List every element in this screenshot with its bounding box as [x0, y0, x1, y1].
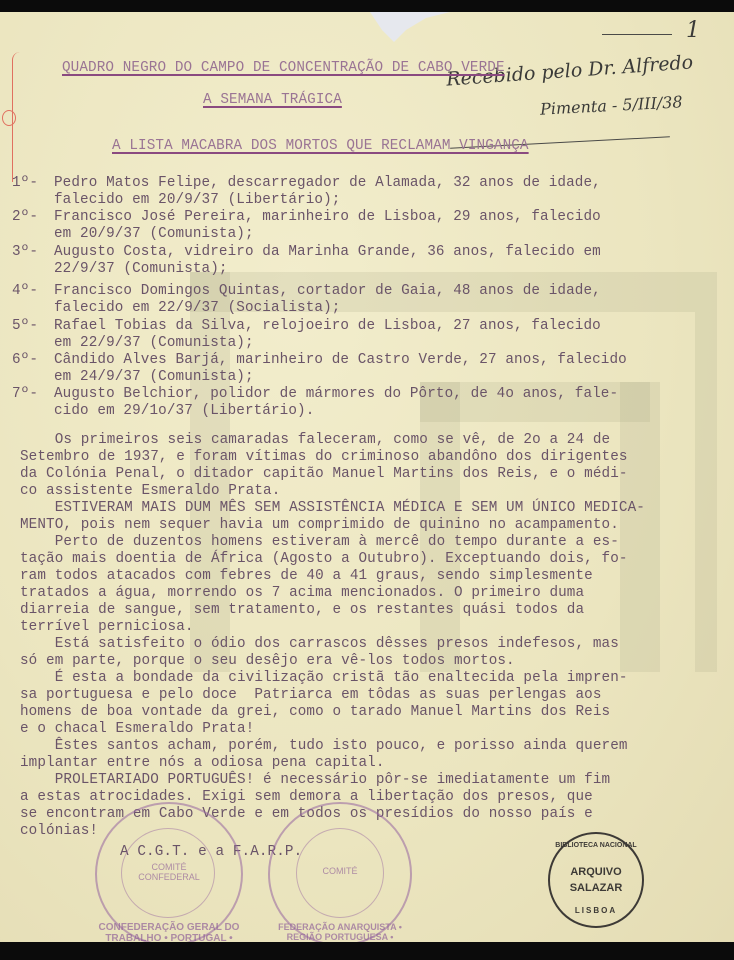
body-line: só em parte, porque o seu desêjo era vê-… [20, 653, 515, 669]
body-line: PROLETARIADO PORTUGUÊS! é necessário pôr… [20, 772, 610, 788]
handwritten-note-line2: Pimenta - 5/III/38 [540, 92, 683, 118]
list-item-number: 5º- [12, 318, 38, 334]
stamp-text: FEDERAÇÃO ANARQUISTA • REGIÃO PORTUGUESA… [270, 922, 410, 942]
list-item-number: 3º- [12, 244, 38, 260]
archive-stamp: BIBLIOTECA NACIONAL ARQUIVO SALAZAR LISB… [548, 832, 644, 928]
list-item-number: 1º- [12, 175, 38, 191]
list-item-number: 4º- [12, 283, 38, 299]
body-line: colónias! [20, 823, 98, 839]
list-item-text: 22/9/37 (Comunista); [54, 261, 228, 277]
body-line: implantar entre nós a odiosa pena capita… [20, 755, 385, 771]
body-line: a estas atrocidades. Exigi sem demora a … [20, 789, 593, 805]
list-item-text: Pedro Matos Felipe, descarregador de Ala… [54, 175, 601, 191]
farp-stamp: FEDERAÇÃO ANARQUISTA • REGIÃO PORTUGUESA… [268, 802, 412, 942]
list-item-text: Cândido Alves Barjá, marinheiro de Castr… [54, 352, 627, 368]
list-item-text: em 24/9/37 (Comunista); [54, 369, 254, 385]
body-line: Setembro de 1937, e foram vítimas do cri… [20, 449, 628, 465]
stamp-text: CONFEDERAÇÃO GERAL DO TRABALHO • PORTUGA… [97, 922, 241, 942]
body-line: co assistente Esmeraldo Prata. [20, 483, 280, 499]
body-line: homens de boa vontade da grei, como o ta… [20, 704, 610, 720]
list-item-text: Francisco Domingos Quintas, cortador de … [54, 283, 601, 299]
document-page: 1 Recebido pelo Dr. Alfredo Pimenta - 5/… [0, 12, 734, 942]
torn-corner [370, 12, 450, 42]
list-item-text: em 20/9/37 (Comunista); [54, 226, 254, 242]
list-item-number: 6º- [12, 352, 38, 368]
stamp-text: LISBOA [550, 906, 642, 915]
list-item-text: em 22/9/37 (Comunista); [54, 335, 254, 351]
body-line: tratados a água, morrendo os 7 acima men… [20, 585, 584, 601]
cgt-stamp: CONFEDERAÇÃO GERAL DO TRABALHO • PORTUGA… [95, 802, 243, 942]
body-line: Os primeiros seis camaradas faleceram, c… [20, 432, 610, 448]
body-line: sa portuguesa e pelo doce Patriarca em t… [20, 687, 602, 703]
section-heading: A LISTA MACABRA DOS MORTOS QUE RECLAMAM … [112, 138, 529, 154]
list-item-number: 7º- [12, 386, 38, 402]
handwritten-line [602, 34, 672, 35]
body-line: da Colónia Penal, o ditador capitão Manu… [20, 466, 628, 482]
body-line: tação mais doentia de África (Agosto a O… [20, 551, 628, 567]
body-line: ram todos atacados com febres de 40 a 41… [20, 568, 593, 584]
stamp-text: SALAZAR [550, 882, 642, 894]
list-item-text: Augusto Costa, vidreiro da Marinha Grand… [54, 244, 601, 260]
document-subtitle: A SEMANA TRÁGICA [203, 92, 342, 108]
body-line: ESTIVERAM MAIS DUM MÊS SEM ASSISTÊNCIA M… [20, 500, 645, 516]
list-item-text: Rafael Tobias da Silva, relojoeiro de Li… [54, 318, 601, 334]
stamp-text: COMITÉ CONFEDERAL [127, 862, 211, 882]
scan-border [0, 942, 734, 960]
stamp-text: BIBLIOTECA NACIONAL [550, 842, 642, 849]
watermark [620, 382, 660, 672]
margin-pencil-loop [2, 110, 16, 126]
watermark [695, 272, 717, 672]
list-item-text: Francisco José Pereira, marinheiro de Li… [54, 209, 601, 225]
list-item-text: cido em 29/1o/37 (Libertário). [54, 403, 314, 419]
body-line: É esta a bondade da civilização cristã t… [20, 670, 628, 686]
stamp-text: COMITÉ [300, 866, 380, 876]
body-line: Perto de duzentos homens estiveram à mer… [20, 534, 619, 550]
body-line: MENTO, pois nem sequer havia um comprimi… [20, 517, 619, 533]
document-title: QUADRO NEGRO DO CAMPO DE CONCENTRAÇÃO DE… [62, 60, 505, 76]
list-item-text: falecido em 22/9/37 (Socialista); [54, 300, 340, 316]
body-line: e o chacal Esmeraldo Prata! [20, 721, 254, 737]
stamp-text: ARQUIVO [550, 866, 642, 878]
page-number: 1 [686, 18, 700, 43]
body-line: terrível perniciosa. [20, 619, 194, 635]
body-line: diarreia de sangue, sem tratamento, e os… [20, 602, 584, 618]
list-item-text: Augusto Belchior, polidor de mármores do… [54, 386, 618, 402]
body-line: Êstes santos acham, porém, tudo isto pou… [20, 738, 628, 754]
list-item-text: falecido em 20/9/37 (Libertário); [54, 192, 340, 208]
list-item-number: 2º- [12, 209, 38, 225]
body-line: Está satisfeito o ódio dos carrascos dês… [20, 636, 619, 652]
